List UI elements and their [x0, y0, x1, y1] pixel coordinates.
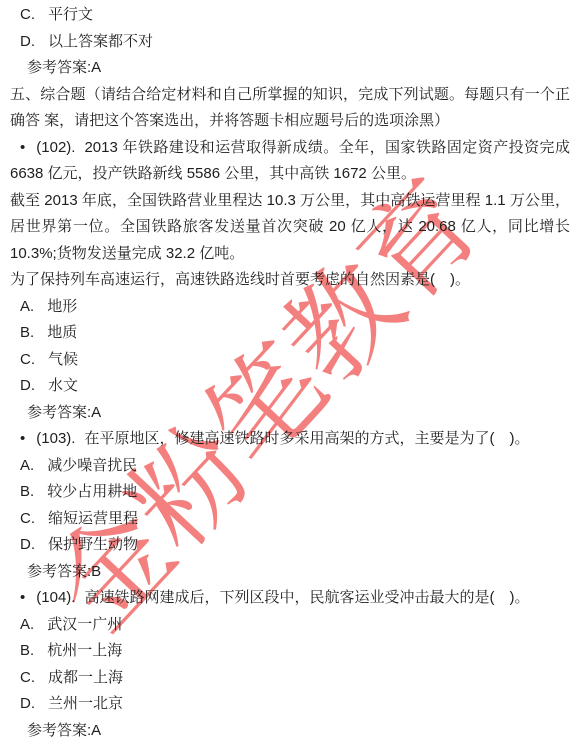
option-text: 保护野生动物: [48, 536, 138, 553]
option-label: C.: [20, 6, 35, 23]
answer-line: 参考答案:A: [10, 55, 570, 82]
option-text: 气候: [48, 351, 78, 368]
question-number: (102).: [36, 139, 75, 156]
option-line: A.武汉一广州: [10, 612, 570, 639]
option-line: D.以上答案都不对: [10, 29, 570, 56]
stem-paragraph: 为了保持列车高速运行，高速铁路选线时首要考虑的自然因素是( )。: [10, 267, 570, 294]
option-line: D.水文: [10, 373, 570, 400]
exam-document-page: C.平行文 D.以上答案都不对 参考答案:A 五、综合题（请结合给定材料和自己所…: [0, 0, 582, 744]
question-line-104: •(104).高速铁路网建成后，下列区段中，民航客运业受冲击最大的是( )。: [10, 585, 570, 612]
option-text: 武汉一广州: [47, 616, 122, 633]
option-text: 减少噪音扰民: [47, 457, 137, 474]
option-label: D.: [20, 536, 35, 553]
option-text: 较少占用耕地: [47, 483, 137, 500]
option-text: 杭州一上海: [47, 642, 122, 659]
option-label: D.: [20, 695, 35, 712]
answer-line: 参考答案:B: [10, 559, 570, 586]
question-line-102: •(102).2013 年铁路建设和运营取得新成绩。全年，国家铁路固定资产投资完…: [10, 135, 570, 188]
question-number: (104).: [36, 589, 75, 606]
option-label: D.: [20, 33, 35, 50]
option-label: B.: [20, 642, 34, 659]
question-stem: 在平原地区，修建高速铁路时多采用高架的方式，主要是为了( )。: [84, 430, 529, 447]
bullet-icon: •: [20, 139, 25, 156]
option-label: A.: [20, 457, 34, 474]
option-label: C.: [20, 669, 35, 686]
bullet-icon: •: [20, 430, 25, 447]
option-line: B.较少占用耕地: [10, 479, 570, 506]
option-label: A.: [20, 298, 34, 315]
question-line-103: •(103).在平原地区，修建高速铁路时多采用高架的方式，主要是为了( )。: [10, 426, 570, 453]
option-text: 平行文: [48, 6, 93, 23]
bullet-icon: •: [20, 589, 25, 606]
option-label: D.: [20, 377, 35, 394]
option-line: C.气候: [10, 347, 570, 374]
option-line: C.成都一上海: [10, 665, 570, 692]
option-text: 地质: [47, 324, 77, 341]
answer-line: 参考答案:A: [10, 718, 570, 745]
question-stem: 高速铁路网建成后，下列区段中，民航客运业受冲击最大的是( )。: [84, 589, 529, 606]
stem-paragraph: 截至 2013 年底，全国铁路营业里程达 10.3 万公里，其中高铁运营里程 1…: [10, 188, 570, 268]
option-label: B.: [20, 324, 34, 341]
option-label: A.: [20, 616, 34, 633]
option-text: 水文: [48, 377, 78, 394]
option-text: 以上答案都不对: [48, 33, 153, 50]
option-line: A.地形: [10, 294, 570, 321]
option-line: B.地质: [10, 320, 570, 347]
option-text: 兰州一北京: [48, 695, 123, 712]
option-text: 地形: [47, 298, 77, 315]
option-line: C.平行文: [10, 2, 570, 29]
option-label: C.: [20, 510, 35, 527]
question-number: (103).: [36, 430, 75, 447]
option-line: B.杭州一上海: [10, 638, 570, 665]
option-text: 缩短运营里程: [48, 510, 138, 527]
option-line: C.缩短运营里程: [10, 506, 570, 533]
option-line: A.减少噪音扰民: [10, 453, 570, 480]
option-label: B.: [20, 483, 34, 500]
answer-line: 参考答案:A: [10, 400, 570, 427]
option-line: D.兰州一北京: [10, 691, 570, 718]
option-line: D.保护野生动物: [10, 532, 570, 559]
question-stem: 2013 年铁路建设和运营取得新成绩。全年，国家铁路固定资产投资完成 6638 …: [10, 139, 570, 183]
option-label: C.: [20, 351, 35, 368]
option-text: 成都一上海: [48, 669, 123, 686]
section-header: 五、综合题（请结合给定材料和自己所掌握的知识，完成下列试题。每题只有一个正确答 …: [10, 82, 570, 135]
